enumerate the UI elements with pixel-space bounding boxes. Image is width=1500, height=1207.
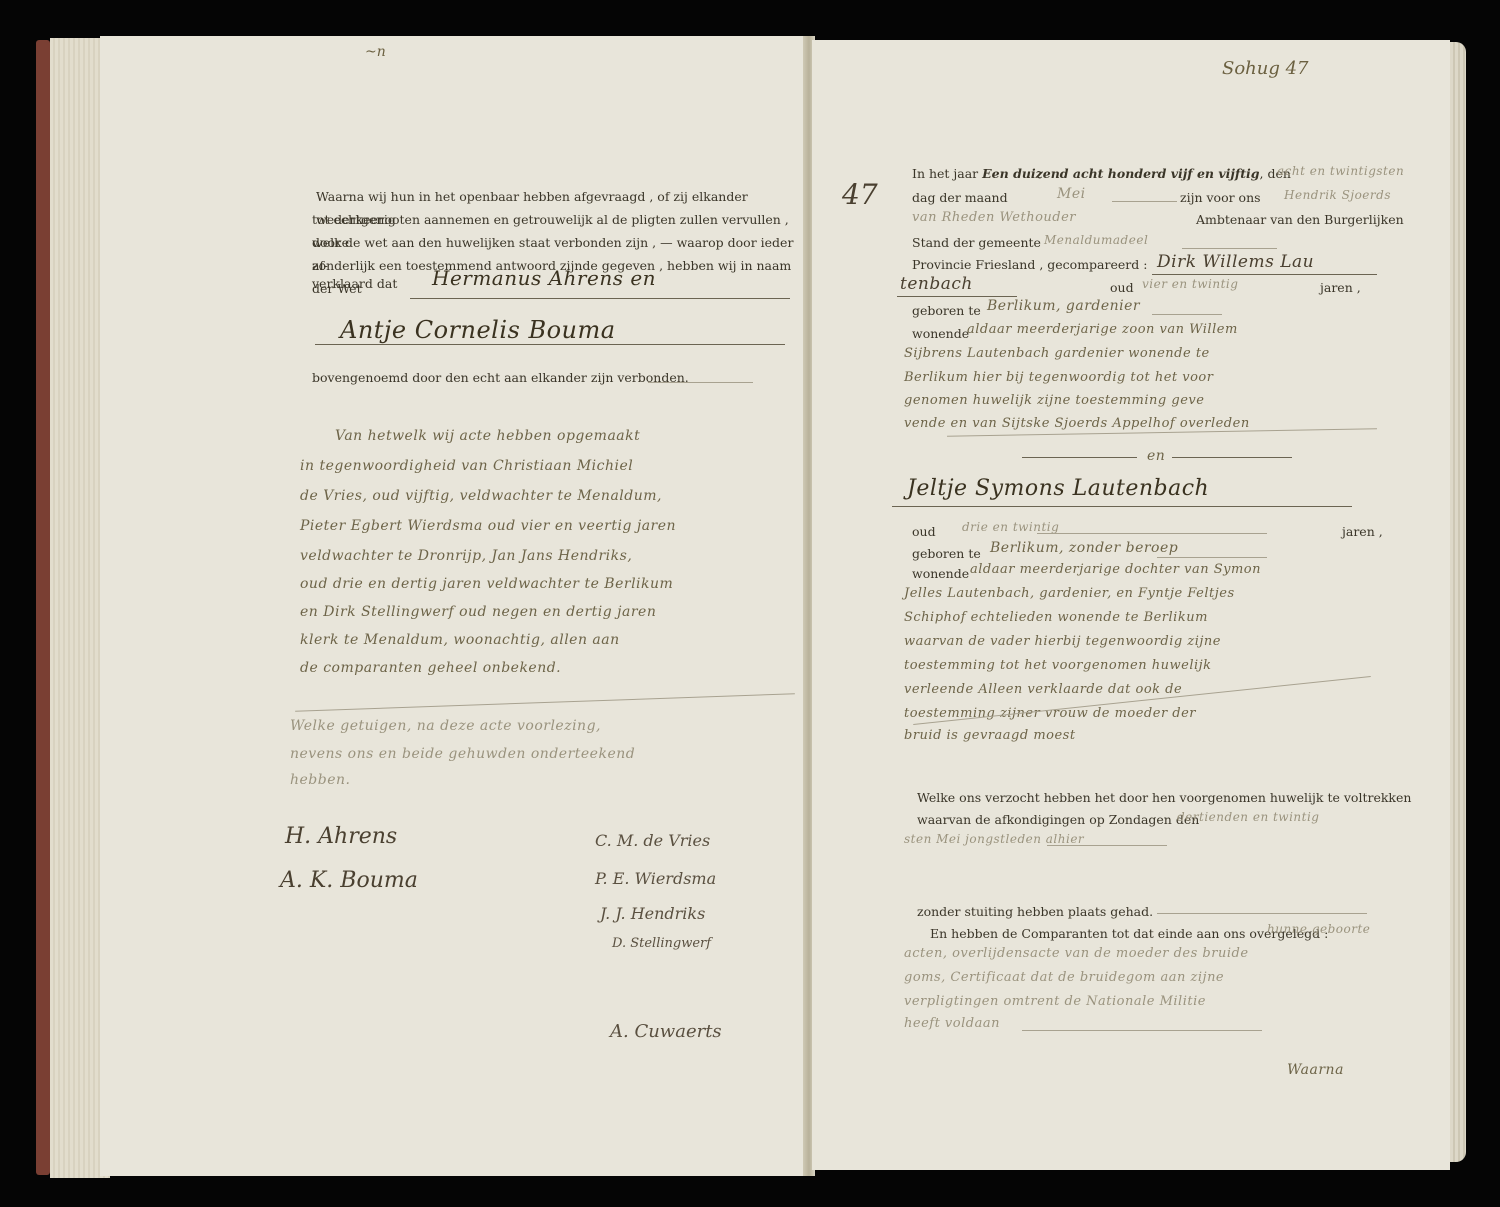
year-text: Een duizend acht honderd vijf en vijftig [982, 166, 1259, 181]
wonende-label: wonende [912, 562, 969, 585]
official-hand-1: Hendrik Sjoerds [1284, 188, 1391, 202]
signature-bride: A. K. Bouma [280, 868, 418, 893]
witness-line: veldwachter te Dronrijp, Jan Jans Hendri… [300, 548, 632, 564]
documents-hand: acten, overlijdensacte van de moeder des… [904, 946, 1249, 961]
right-page: Sohug 47 47 In het jaar Een duizend acht… [812, 40, 1450, 1170]
catchword: Waarna [1287, 1062, 1344, 1078]
rule [1022, 1030, 1262, 1031]
closing-line: nevens ons en beide gehuwden onderteeken… [290, 746, 635, 762]
groom-detail: Sijbrens Lautenbach gardenier wonende te [904, 346, 1210, 361]
witness-line: en Dirk Stellingwerf oud negen en dertig… [300, 604, 656, 620]
witness-line: Pieter Egbert Wierdsma oud vier en veert… [300, 518, 676, 534]
witness-line: oud drie en dertig jaren veldwachter te … [300, 576, 673, 592]
rule [1022, 457, 1137, 458]
rule [1157, 913, 1367, 914]
rule [648, 382, 753, 383]
bovengenoemd-text: bovengenoemd door den echt aan elkander … [312, 366, 689, 389]
groom-name-1: Dirk Willems Lau [1157, 252, 1314, 272]
left-page: ~n Waarna wij hun in het openbaar hebben… [100, 36, 805, 1176]
documents-hand: goms, Certificaat dat de bruidegom aan z… [904, 970, 1224, 985]
page-number: Sohug 47 [1222, 58, 1309, 79]
rule [892, 506, 1352, 507]
witness-line: de Vries, oud vijftig, veldwachter te Me… [300, 488, 662, 504]
ambtenaar-label: Ambtenaar van den Burgerlijken [1196, 208, 1404, 231]
signature-witness-2: P. E. Wierdsma [595, 869, 716, 888]
rule [295, 693, 795, 711]
closing-line: Welke getuigen, na deze acte voorlezing, [290, 718, 601, 734]
bride-name: Antje Cornelis Bouma [340, 316, 616, 344]
bride-detail: toestemming zijner vrouw de moeder der [904, 706, 1196, 721]
provincie-label: Provincie Friesland , gecompareerd : [912, 253, 1147, 276]
rule [897, 296, 1017, 297]
rule [1172, 457, 1292, 458]
gemeente-hand: Menaldumadeel [1044, 233, 1148, 247]
day-hand: acht en twintigsten [1277, 164, 1404, 178]
documents-hand: hunne geboorte [1267, 922, 1370, 936]
afkondiging-hand-2: sten Mei jongstleden alhier [904, 832, 1084, 846]
jaren-label: jaren , [1320, 276, 1361, 299]
label: In het jaar [912, 166, 978, 181]
groom-detail: aldaar meerderjarige zoon van Willem [967, 322, 1238, 337]
bride-detail: aldaar meerderjarige dochter van Symon [970, 562, 1261, 577]
closing-line: hebben. [290, 772, 350, 788]
verklaard-label: verklaard dat [312, 272, 397, 295]
stand-label: Stand der gemeente [912, 231, 1041, 254]
wonende-label: wonende [912, 322, 969, 345]
rule [1152, 274, 1377, 275]
signature-witness-3: J. J. Hendriks [600, 904, 705, 923]
documents-hand: heeft voldaan [904, 1016, 1000, 1031]
witness-line: Van hetwelk wij acte hebben opgemaakt [335, 428, 640, 444]
oud-label: oud [912, 520, 936, 543]
en-hand: en [1147, 448, 1165, 464]
bride-age: drie en twintig [962, 520, 1059, 534]
zijn-voor-ons-label: zijn voor ons [1180, 186, 1261, 209]
bride-underline [315, 344, 785, 345]
bride-detail: verleende Alleen verklaarde dat ook de [904, 682, 1182, 697]
witness-line: in tegenwoordigheid van Christiaan Michi… [300, 458, 633, 474]
groom-age: vier en twintig [1142, 277, 1238, 291]
bride-birth: Berlikum, zonder beroep [990, 540, 1178, 556]
bride-name: Jeltje Symons Lautenbach [907, 476, 1209, 501]
groom-detail: genomen huwelijk zijne toestemming geve [904, 393, 1204, 408]
groom-name-2: tenbach [900, 274, 973, 294]
welke-text: Welke ons verzocht hebben het door hen v… [917, 786, 1411, 809]
rule [1047, 845, 1167, 846]
groom-detail: Berlikum hier bij tegenwoordig tot het v… [904, 370, 1213, 385]
rule [1182, 248, 1277, 249]
rule [1112, 201, 1177, 202]
groom-underline [410, 298, 790, 299]
rule [1037, 533, 1267, 534]
signature-witness-1: C. M. de Vries [595, 831, 710, 850]
bride-detail: toestemming tot het voorgenomen huwelijk [904, 658, 1212, 673]
year-line: In het jaar Een duizend acht honderd vij… [912, 162, 1291, 185]
rule [1152, 314, 1222, 315]
bride-detail: Jelles Lautenbach, gardenier, en Fyntje … [904, 586, 1235, 601]
official-hand-2: van Rheden Wethouder [912, 210, 1076, 225]
book-binding [36, 40, 50, 1175]
dag-label: dag der maand [912, 186, 1008, 209]
afkondiging-hand-1: dertienden en twintig [1177, 810, 1319, 824]
groom-birth: Berlikum, gardenier [987, 298, 1140, 314]
documents-hand: verpligtingen omtrent de Nationale Milit… [904, 994, 1206, 1009]
groom-name: Hermanus Ahrens en [432, 266, 656, 290]
witness-line: klerk te Menaldum, woonachtig, allen aan [300, 632, 620, 648]
month-hand: Mei [1057, 186, 1086, 202]
margin-number: 47 [842, 178, 878, 211]
jaren-label: jaren , [1342, 520, 1383, 543]
signature-groom: H. Ahrens [285, 824, 397, 849]
rule [1157, 557, 1267, 558]
groom-detail: vende en van Sijtske Sjoerds Appelhof ov… [904, 416, 1250, 431]
signature-official: A. Cuwaerts [610, 1021, 722, 1042]
bride-detail: waarvan de vader hierbij tegenwoordig zi… [904, 634, 1221, 649]
witness-line: de comparanten geheel onbekend. [300, 660, 561, 676]
oud-label: oud [1110, 276, 1134, 299]
corner-mark: ~n [365, 44, 386, 60]
signature-witness-4: D. Stellingwerf [612, 936, 711, 951]
zonder-stuiting-text: zonder stuiting hebben plaats gehad. [917, 900, 1153, 923]
bride-detail: Schiphof echtelieden wonende te Berlikum [904, 610, 1208, 625]
geboren-label: geboren te [912, 299, 981, 322]
waarvan-text: waarvan de afkondigingen op Zondagen den [917, 808, 1199, 831]
bride-detail: bruid is gevraagd moest [904, 728, 1076, 743]
